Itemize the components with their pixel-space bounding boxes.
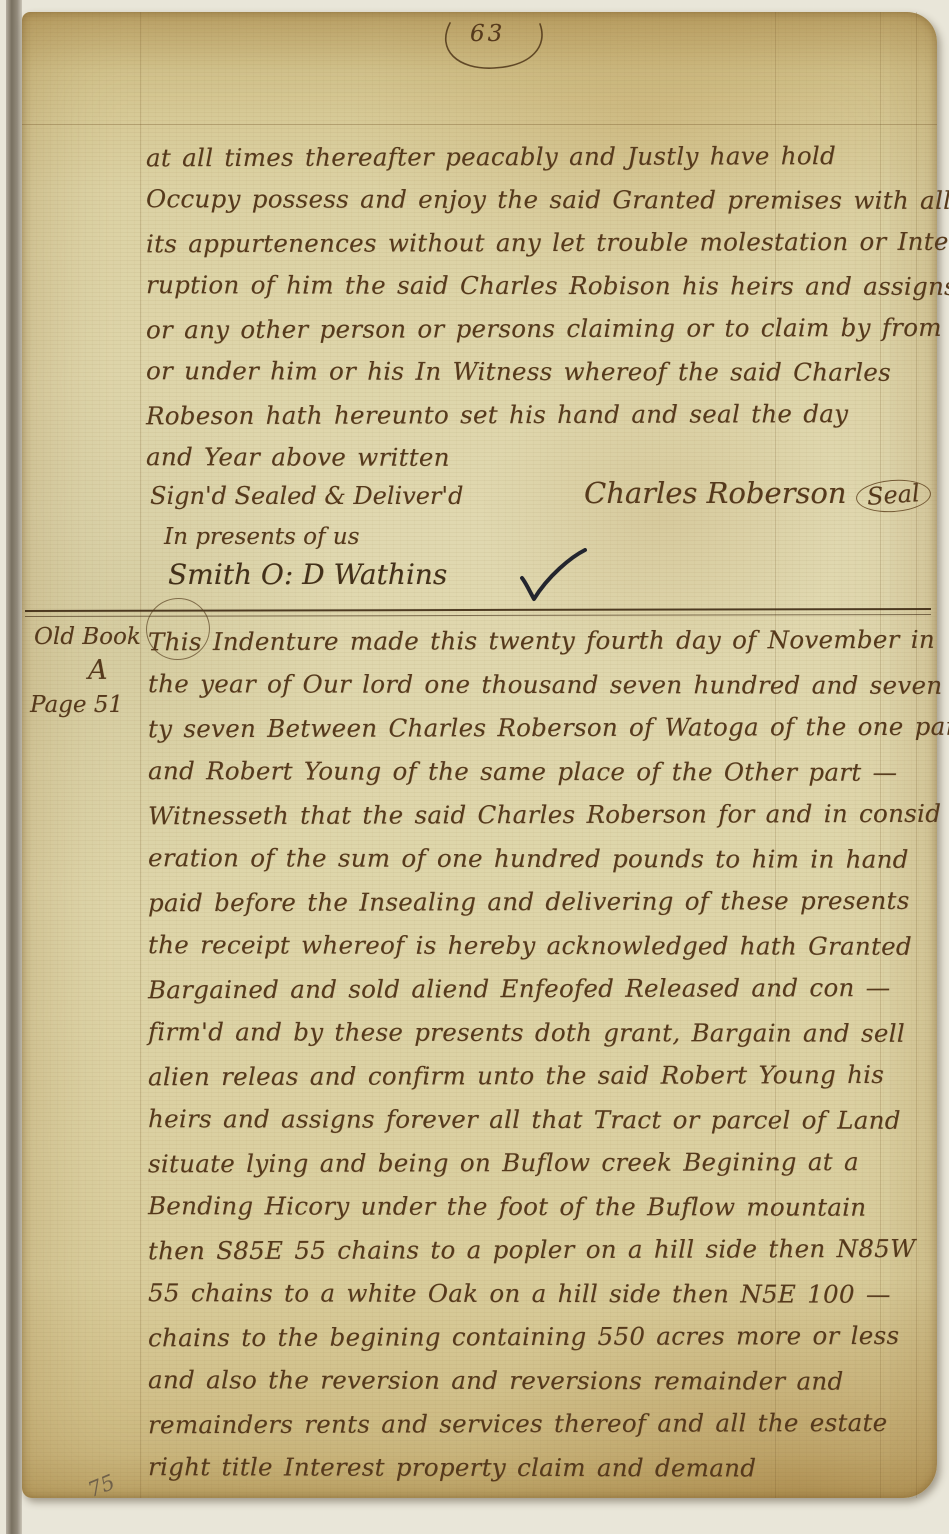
deed-line: and Robert Young of the same place of th… — [148, 756, 948, 801]
deed-line: alien releas and confirm unto the said R… — [148, 1060, 948, 1106]
deed-line: heirs and assigns forever all that Tract… — [148, 1104, 948, 1149]
deed-line: or any other person or persons claiming … — [146, 313, 946, 359]
attestation-line-2: In presents of us — [164, 524, 359, 550]
deed-conclusion-paragraph: at all times thereafter peacably and Jus… — [146, 142, 946, 486]
witness-signature: Smith O: D Wathins — [168, 558, 447, 591]
ruled-line-margin — [140, 12, 141, 1498]
deed-line: 55 chains to a white Oak on a hill side … — [148, 1278, 948, 1323]
deed-line: Robeson hath hereunto set his hand and s… — [146, 399, 946, 445]
page-number-block: 63 — [434, 18, 558, 74]
grantor-signature: Charles Roberson — [584, 476, 846, 510]
margin-note: Old Book A Page 51 — [30, 620, 145, 722]
indenture-paragraph: This Indenture made this twenty fourth d… — [148, 626, 948, 1496]
deed-line: then S85E 55 chains to a popler on a hil… — [148, 1234, 948, 1280]
ledger-page: 63 at all times thereafter peacably and … — [22, 12, 937, 1498]
page-number: 63 — [470, 21, 505, 47]
deed-line: Occupy possess and enjoy the said Grante… — [146, 184, 946, 229]
margin-note-letter: A — [88, 654, 145, 688]
deed-line: firm'd and by these presents doth grant,… — [148, 1017, 948, 1062]
scanned-document: 63 at all times thereafter peacably and … — [0, 0, 949, 1534]
deed-line: Bargained and sold aliend Enfeofed Relea… — [148, 973, 948, 1019]
deed-line: its appurtenences without any let troubl… — [146, 227, 946, 273]
attestation-line-1: Sign'd Sealed & Deliver'd — [150, 482, 463, 510]
deed-line: This Indenture made this twenty fourth d… — [148, 625, 948, 671]
ruled-line-horizontal — [22, 124, 937, 125]
grantor-signature-block: Charles RobersonSeal — [584, 476, 931, 512]
deed-line: right title Interest property claim and … — [148, 1452, 948, 1497]
deed-line: the receipt whereof is hereby acknowledg… — [148, 930, 948, 975]
deed-line: Bending Hicory under the foot of the Buf… — [148, 1191, 948, 1236]
book-gutter-shadow — [6, 0, 22, 1534]
margin-note-page: Page 51 — [30, 688, 145, 722]
deed-line: remainders rents and services thereof an… — [148, 1408, 948, 1454]
deed-line: and also the reversion and reversions re… — [148, 1365, 948, 1410]
seal-mark: Seal — [855, 477, 932, 514]
deed-line: chains to the begining containing 550 ac… — [148, 1321, 948, 1367]
deed-line: Witnesseth that the said Charles Roberso… — [148, 799, 948, 845]
deed-line: at all times thereafter peacably and Jus… — [146, 141, 946, 187]
pencil-note: 75 — [84, 1470, 118, 1502]
deed-line: the year of Our lord one thousand seven … — [148, 669, 948, 714]
deed-line: eration of the sum of one hundred pounds… — [148, 843, 948, 888]
check-mark-icon — [517, 548, 591, 608]
deed-line: or under him or his In Witness whereof t… — [146, 356, 946, 401]
deed-line: ruption of him the said Charles Robison … — [146, 270, 946, 315]
deed-line: situate lying and being on Buflow creek … — [148, 1147, 948, 1193]
deed-line: ty seven Between Charles Roberson of Wat… — [148, 712, 948, 758]
margin-note-book: Old Book — [34, 620, 145, 654]
deed-line: paid before the Insealing and delivering… — [148, 886, 948, 932]
